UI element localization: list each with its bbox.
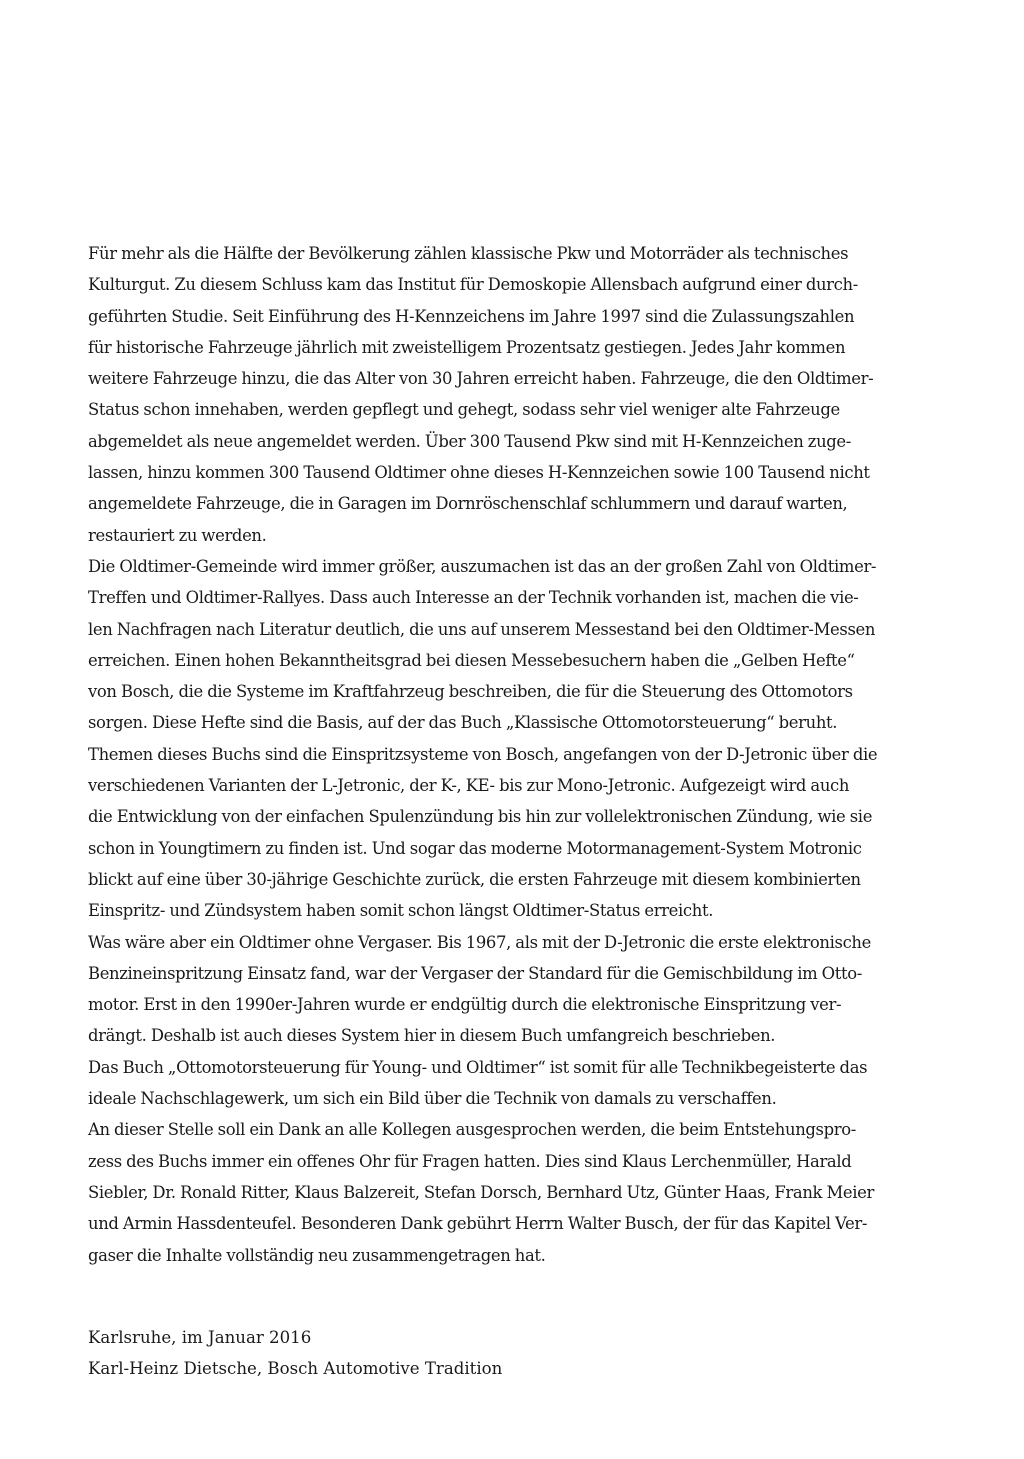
text-line: Benzineinspritzung Einsatz fand, war der… [88, 958, 968, 989]
text-line: Einspritz- und Zündsystem haben somit sc… [88, 895, 968, 926]
place-date: Karlsruhe, im Januar 2016 [88, 1322, 968, 1353]
paragraph-5: An dieser Stelle soll ein Dank an alle K… [88, 1114, 968, 1270]
text-line: motor. Erst in den 1990er-Jahren wurde e… [88, 989, 968, 1020]
text-line: geführten Studie. Seit Einführung des H-… [88, 301, 968, 332]
signature-block: Karlsruhe, im Januar 2016 Karl-Heinz Die… [88, 1322, 968, 1384]
text-line: Siebler, Dr. Ronald Ritter, Klaus Balzer… [88, 1177, 968, 1208]
text-line: ideale Nachschlagewerk, um sich ein Bild… [88, 1083, 968, 1114]
paragraph-3: Was wäre aber ein Oldtimer ohne Vergaser… [88, 927, 968, 1052]
text-line: für historische Fahrzeuge jährlich mit z… [88, 332, 968, 363]
text-line: gaser die Inhalte vollständig neu zusamm… [88, 1240, 968, 1271]
text-line: blickt auf eine über 30-jährige Geschich… [88, 864, 968, 895]
text-line: len Nachfragen nach Literatur deutlich, … [88, 614, 968, 645]
text-line: von Bosch, die die Systeme im Kraftfahrz… [88, 676, 968, 707]
text-line: restauriert zu werden. [88, 520, 968, 551]
text-line: Was wäre aber ein Oldtimer ohne Vergaser… [88, 927, 968, 958]
paragraph-2: Die Oldtimer-Gemeinde wird immer größer,… [88, 551, 968, 927]
text-line: Das Buch „Ottomotorsteuerung für Young- … [88, 1052, 968, 1083]
text-line: Die Oldtimer-Gemeinde wird immer größer,… [88, 551, 968, 582]
text-line: Themen dieses Buchs sind die Einspritzsy… [88, 739, 968, 770]
text-line: schon in Youngtimern zu finden ist. Und … [88, 833, 968, 864]
text-line: Kulturgut. Zu diesem Schluss kam das Ins… [88, 269, 968, 300]
paragraph-1: Für mehr als die Hälfte der Bevölkerung … [88, 238, 968, 551]
paragraph-4: Das Buch „Ottomotorsteuerung für Young- … [88, 1052, 968, 1115]
text-line: angemeldete Fahrzeuge, die in Garagen im… [88, 488, 968, 519]
preface-body: Für mehr als die Hälfte der Bevölkerung … [88, 238, 968, 1271]
text-line: sorgen. Diese Hefte sind die Basis, auf … [88, 707, 968, 738]
text-line: Status schon innehaben, werden gepflegt … [88, 394, 968, 425]
text-line: verschiedenen Varianten der L-Jetronic, … [88, 770, 968, 801]
text-line: erreichen. Einen hohen Bekanntheitsgrad … [88, 645, 968, 676]
text-line: abgemeldet als neue angemeldet werden. Ü… [88, 426, 968, 457]
text-line: weitere Fahrzeuge hinzu, die das Alter v… [88, 363, 968, 394]
text-line: drängt. Deshalb ist auch dieses System h… [88, 1020, 968, 1051]
text-line: zess des Buchs immer ein offenes Ohr für… [88, 1146, 968, 1177]
author-name: Karl-Heinz Dietsche, Bosch Automotive Tr… [88, 1353, 968, 1384]
text-line: und Armin Hassdenteufel. Besonderen Dank… [88, 1208, 968, 1239]
text-line: Für mehr als die Hälfte der Bevölkerung … [88, 238, 968, 269]
text-line: die Entwicklung von der einfachen Spulen… [88, 801, 968, 832]
text-line: Treffen und Oldtimer-Rallyes. Dass auch … [88, 582, 968, 613]
text-line: lassen, hinzu kommen 300 Tausend Oldtime… [88, 457, 968, 488]
text-line: An dieser Stelle soll ein Dank an alle K… [88, 1114, 968, 1145]
